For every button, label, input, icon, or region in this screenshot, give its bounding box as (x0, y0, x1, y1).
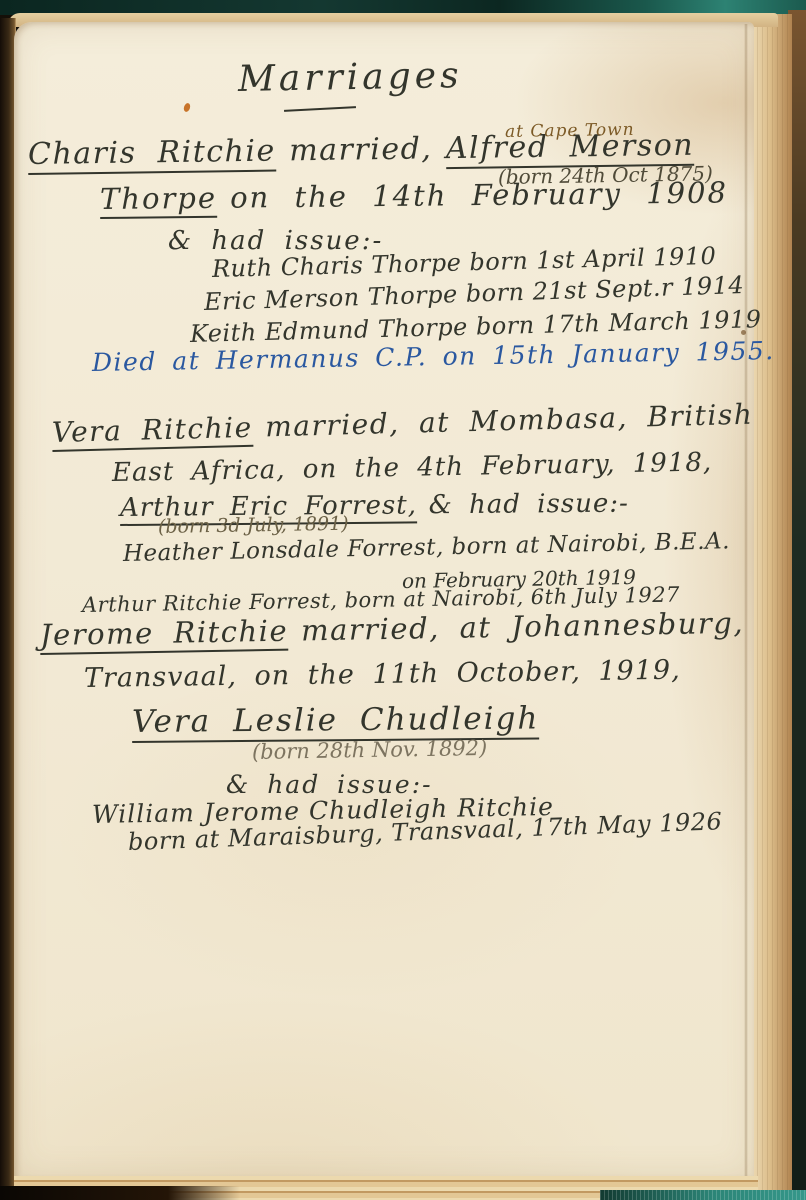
location-insert-note: at Cape Town (505, 121, 635, 142)
birth-insert-note: (born 28th Nov. 1892) (252, 737, 488, 764)
person-name: Vera Ritchie (52, 411, 254, 452)
married-word: married, (289, 131, 433, 168)
bottom-left-shadow (0, 1186, 240, 1200)
page-title: Marriages (238, 56, 463, 100)
issue-heading: & had issue:- (429, 489, 630, 521)
spouse-surname: Thorpe (100, 181, 217, 219)
spouse-name-line: Vera Leslie Chudleigh (132, 701, 540, 739)
person-name: Jerome Ritchie (40, 614, 289, 655)
page-stack-right-edge (752, 14, 792, 1194)
birth-insert-note: (born 24th Oct 1875) (498, 162, 713, 188)
book-binding-bottom-right (600, 1190, 806, 1200)
page-crease (744, 24, 748, 1176)
birth-insert-note: (born 3d July, 1891) (158, 514, 349, 538)
person-name: Charis Ritchie (28, 134, 276, 175)
